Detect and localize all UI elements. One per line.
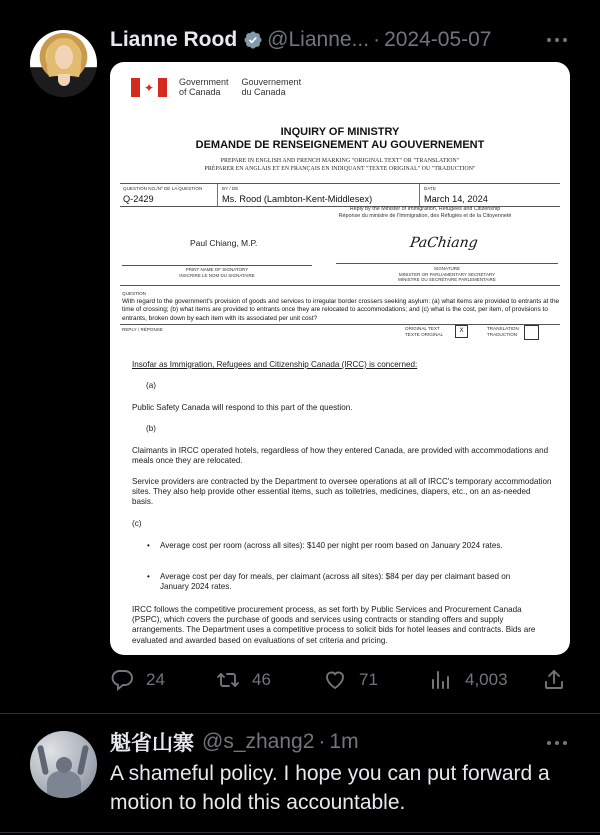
avatar-head [56,757,72,773]
gov-en-line: of Canada [179,87,229,97]
reply-author-handle[interactable]: @s_zhang2 [202,730,314,754]
views-chart-icon [429,668,453,692]
translation-checkbox [524,325,539,340]
closing-paragraph: IRCC follows the competitive procurement… [132,605,552,646]
question-no: Q-2429 [123,194,154,205]
dot [563,38,567,42]
like-button[interactable]: 71 [323,668,378,692]
bullet-icon: • [147,541,150,550]
author-handle[interactable]: @Lianne... [267,28,369,52]
question-text: With regard to the government's provisio… [122,298,562,323]
retweet-count: 46 [252,670,271,690]
reply-time[interactable]: 1m [329,730,358,754]
avatar-face [55,45,73,69]
part-b-text-2: Service providers are contracted by the … [132,477,552,508]
separator: · [318,730,325,754]
avatar-torso [47,771,81,798]
reply-header: 魁省山寨 @s_zhang2 · 1m [110,727,359,757]
retweet-icon [216,668,240,692]
dot [547,741,551,745]
original-text-fr: TEXTE ORIGINAL [405,332,443,338]
maple-leaf-icon: ✦ [140,78,158,97]
document-title: INQUIRY OF MINISTRY DEMANDE DE RENSEIGNE… [110,126,570,152]
government-of-canada-logo: ✦ Government of Canada Gouvernement du C… [131,77,301,97]
gov-name-en: Government of Canada [179,77,229,97]
verified-badge-icon [243,30,263,50]
reply-by-en: Reply by the Minister of Immigration, Re… [300,206,550,213]
bullet-item: Average cost per room (across all sites)… [160,541,540,551]
reply-icon [110,668,134,692]
form-rule [120,324,560,325]
views-button[interactable]: 4,003 [429,668,508,692]
tweet-date[interactable]: 2024-05-07 [384,28,491,52]
views-count: 4,003 [465,670,508,690]
form-rule [120,183,560,184]
part-c-label: (c) [132,519,552,529]
signatory-label-fr: INSCRIRE LE NOM DU SIGNATAIRE [122,273,312,279]
by-label: BY / DE [222,186,238,192]
share-icon [542,668,566,692]
translation-en: TRANSLATION [487,326,519,332]
share-button[interactable] [542,668,566,692]
like-count: 71 [359,670,378,690]
date-label: DATE [424,186,436,192]
gov-fr-line: Gouvernement [242,77,302,87]
flag-bar [131,78,140,97]
more-options-icon[interactable] [542,733,572,753]
attached-document-image[interactable]: ✦ Government of Canada Gouvernement du C… [110,62,570,655]
title-fr: DEMANDE DE RENSEIGNEMENT AU GOUVERNEMENT [110,139,570,152]
reply-by: Reply by the Minister of Immigration, Re… [300,206,550,220]
form-rule [120,285,560,286]
form-vrule [217,184,218,206]
reply-intro: Insofar as Immigration, Refugees and Cit… [132,360,552,370]
canada-flag-icon: ✦ [131,78,167,97]
reply-text: A shameful policy. I hope you can put fo… [110,759,570,817]
divider [0,713,600,714]
tweet: Lianne Rood @Lianne... · 2024-05-07 ✦ Go… [0,0,600,712]
signatory-label: PRINT NAME OF SIGNATORY INSCRIRE LE NOM … [122,267,312,278]
dot [555,38,559,42]
gov-name-fr: Gouvernement du Canada [242,77,302,97]
original-text-checkbox: X [455,325,468,338]
title-en: INQUIRY OF MINISTRY [110,126,570,139]
question-label: QUESTION [122,291,146,297]
instruction-en: PREPARE IN ENGLISH AND FRENCH MARKING "O… [110,157,570,165]
document-instructions: PREPARE IN ENGLISH AND FRENCH MARKING "O… [110,157,570,173]
dot [547,38,551,42]
avatar-arm [77,745,89,776]
retweet-button[interactable]: 46 [216,668,271,692]
form-vrule [419,184,420,206]
part-b-text-1: Claimants in IRCC operated hotels, regar… [132,446,552,466]
dot [555,741,559,745]
avatar-neck [58,74,70,86]
signatory-line [122,265,312,266]
reply-author-name[interactable]: 魁省山寨 [110,727,194,757]
question-date: March 14, 2024 [424,194,488,205]
part-b-label: (b) [146,424,566,434]
flag-bar [158,78,167,97]
tweet-action-bar: 24 46 71 4,003 [110,668,570,696]
original-text-label: ORIGINAL TEXT TEXTE ORIGINAL [405,326,443,337]
handwritten-signature: PaChiang [409,235,479,251]
original-text-en: ORIGINAL TEXT [405,326,443,332]
signature-line [336,263,558,264]
heart-icon [323,668,347,692]
signatory-name: Paul Chiang, M.P. [190,238,257,248]
by-member: Ms. Rood (Lambton-Kent-Middlesex) [222,194,372,205]
reply-by-fr: Réponse du ministre de l'Immigration, de… [300,213,550,220]
translation-label: TRANSLATION TRADUCTION [487,326,519,337]
question-no-label: QUESTION NO./Nº DE LA QUESTION [123,186,202,192]
author-name[interactable]: Lianne Rood [110,28,237,52]
part-a-text: Public Safety Canada will respond to thi… [132,403,552,413]
gov-fr-line: du Canada [242,87,302,97]
part-a-label: (a) [146,381,566,391]
reply-button[interactable]: 24 [110,668,165,692]
reply-count: 24 [146,670,165,690]
divider [0,832,600,833]
bullet-icon: • [147,572,150,581]
gov-en-line: Government [179,77,229,87]
instruction-fr: PRÉPARER EN ANGLAIS ET EN FRANÇAIS EN IN… [110,165,570,173]
signature-role-fr: MINISTRE OU SECRÉTAIRE PARLEMENTAIRE [336,277,558,283]
reply-author-avatar[interactable] [30,731,97,798]
dot [563,741,567,745]
signature-label: SIGNATURE MINISTER OR PARLIAMENTARY SECR… [336,266,558,283]
author-avatar[interactable] [30,30,97,97]
tweet-header: Lianne Rood @Lianne... · 2024-05-07 [110,25,491,55]
bullet-item: Average cost per day for meals, per clai… [160,572,540,592]
avatar-arm [37,745,49,776]
translation-fr: TRADUCTION [487,332,519,338]
reply-label: REPLY / RÉPONSE [122,327,163,333]
more-options-icon[interactable] [542,30,572,50]
separator: · [373,28,380,52]
